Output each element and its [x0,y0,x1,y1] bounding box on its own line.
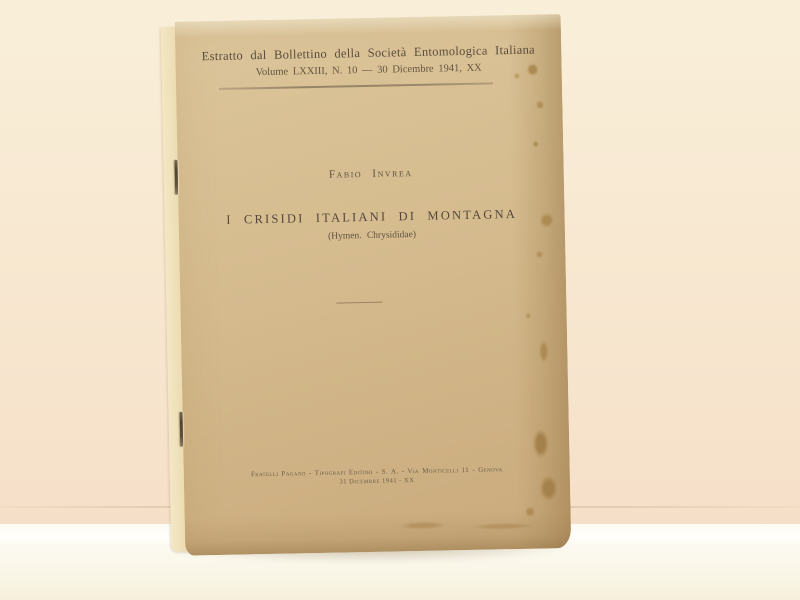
booklet: Estratto dal Bollettino della Società En… [161,14,572,556]
author-name: Fabio Invrea [178,164,564,184]
subtitle: (Hymen. Chrysididae) [179,227,565,245]
booklet-cover: Estratto dal Bollettino della Società En… [175,14,572,556]
header-rule [219,82,493,89]
main-title: I CRISIDI ITALIANI DI MONTAGNA [179,206,565,229]
photo-frame: Estratto dal Bollettino della Società En… [0,0,800,600]
header-line2: Volume LXXIII, N. 10 — 30 Dicembre 1941,… [176,61,562,80]
divider-rule [336,302,382,304]
